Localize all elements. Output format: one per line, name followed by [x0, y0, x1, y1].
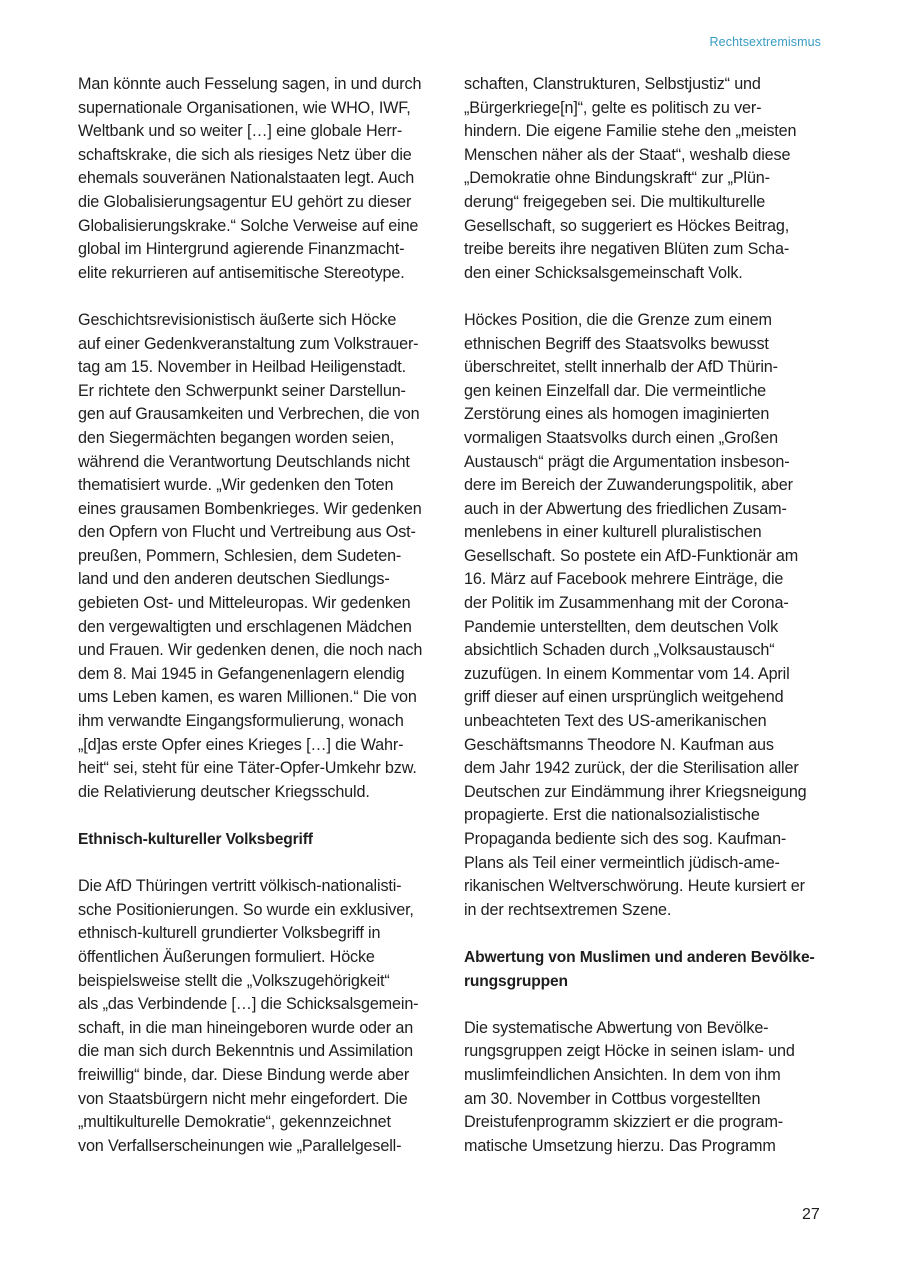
paragraph-gap	[78, 852, 450, 876]
text-line: den einer Schicksalsgemeinschaft Volk.	[464, 262, 836, 286]
text-line: den Siegermächten begangen worden seien,	[78, 427, 450, 451]
text-line: am 30. November in Cottbus vorgestellten	[464, 1088, 836, 1112]
text-line: matische Umsetzung hierzu. Das Programm	[464, 1135, 836, 1159]
text-line: zuzufügen. In einem Kommentar vom 14. Ap…	[464, 663, 836, 687]
text-line: der Politik im Zusammenhang mit der Coro…	[464, 592, 836, 616]
text-line: Gesellschaft, so suggeriert es Höckes Be…	[464, 215, 836, 239]
text-line: Man könnte auch Fesselung sagen, in und …	[78, 73, 450, 97]
text-line: ihm verwandte Eingangsformulierung, wona…	[78, 710, 450, 734]
text-line: „multikulturelle Demokratie“, gekennzeic…	[78, 1111, 450, 1135]
text-line: überschreitet, stellt innerhalb der AfD …	[464, 356, 836, 380]
text-line: derung“ freigegeben sei. Die multikultur…	[464, 191, 836, 215]
text-line: Er richtete den Schwerpunkt seiner Darst…	[78, 380, 450, 404]
text-line: preußen, Pommern, Schlesien, dem Sudeten…	[78, 545, 450, 569]
paragraph-historical-revisionism: Geschichtsrevisionistisch äußerte sich H…	[78, 309, 450, 804]
text-line: die Globalisierungsagentur EU gehört zu …	[78, 191, 450, 215]
paragraph-gap	[78, 804, 450, 828]
text-line: supernationale Organisationen, wie WHO, …	[78, 97, 450, 121]
text-line: und Frauen. Wir gedenken denen, die noch…	[78, 639, 450, 663]
text-line: sche Positionierungen. So wurde ein exkl…	[78, 899, 450, 923]
text-line: beispielsweise stellt die „Volkszugehöri…	[78, 970, 450, 994]
paragraph-great-replacement: Höckes Position, die die Grenze zum eine…	[464, 309, 836, 922]
text-line: den Opfern von Flucht und Vertreibung au…	[78, 521, 450, 545]
paragraph-gap	[78, 285, 450, 309]
text-line: Menschen näher als der Staat“, weshalb d…	[464, 144, 836, 168]
text-line: Höckes Position, die die Grenze zum eine…	[464, 309, 836, 333]
text-line: Austausch“ prägt die Argumentation insbe…	[464, 451, 836, 475]
text-line: muslimfeindlichen Ansichten. In dem von …	[464, 1064, 836, 1088]
text-line: Die AfD Thüringen vertritt völkisch-nati…	[78, 875, 450, 899]
text-line: Gesellschaft. So postete ein AfD-Funktio…	[464, 545, 836, 569]
text-line: dem 8. Mai 1945 in Gefangenenlagern elen…	[78, 663, 450, 687]
text-line: elite rekurrieren auf antisemitische Ste…	[78, 262, 450, 286]
text-line: Geschäftsmanns Theodore N. Kaufman aus	[464, 734, 836, 758]
text-line: als „das Verbindende […] die Schicksalsg…	[78, 993, 450, 1017]
text-line: von Staatsbürgern nicht mehr eingeforder…	[78, 1088, 450, 1112]
heading-text: Abwertung von Muslimen und anderen Bevöl…	[464, 946, 836, 970]
text-line: in der rechtsextremen Szene.	[464, 899, 836, 923]
text-line: Geschichtsrevisionistisch äußerte sich H…	[78, 309, 450, 333]
paragraph-multicultural-society: schaften, Clanstrukturen, Selbstjustiz“ …	[464, 73, 836, 285]
text-line: Plans als Teil einer vermeintlich jüdisc…	[464, 852, 836, 876]
text-line: freiwillig“ binde, dar. Diese Bindung we…	[78, 1064, 450, 1088]
heading-text: Ethnisch-kultureller Volksbegriff	[78, 828, 450, 852]
paragraph-quote-globalization: Man könnte auch Fesselung sagen, in und …	[78, 73, 450, 285]
text-line: menlebens in einer kulturell pluralistis…	[464, 521, 836, 545]
text-line: Weltbank und so weiter […] eine globale …	[78, 120, 450, 144]
text-line: land und den anderen deutschen Siedlungs…	[78, 568, 450, 592]
text-line: heit“ sei, steht für eine Täter-Opfer-Um…	[78, 757, 450, 781]
text-line: thematisiert wurde. „Wir gedenken den To…	[78, 474, 450, 498]
text-line: die man sich durch Bekenntnis und Assimi…	[78, 1040, 450, 1064]
running-header-title: Rechtsextremismus	[710, 35, 821, 49]
text-line: gebieten Ost- und Mitteleuropas. Wir ged…	[78, 592, 450, 616]
heading-text: rungsgruppen	[464, 970, 836, 994]
section-heading-devaluation: Abwertung von Muslimen und anderen Bevöl…	[464, 946, 836, 993]
text-line: „Demokratie ohne Bindungskraft“ zur „Plü…	[464, 167, 836, 191]
text-line: während die Verantwortung Deutschlands n…	[78, 451, 450, 475]
text-line: „Bürgerkriege[n]“, gelte es politisch zu…	[464, 97, 836, 121]
text-line: rikanischen Weltverschwörung. Heute kurs…	[464, 875, 836, 899]
text-line: ehemals souveränen Nationalstaaten legt.…	[78, 167, 450, 191]
text-line: öffentlichen Äußerungen formuliert. Höck…	[78, 946, 450, 970]
right-column: schaften, Clanstrukturen, Selbstjustiz“ …	[464, 73, 836, 1158]
text-line: propagierte. Erst die nationalsozialisti…	[464, 804, 836, 828]
paragraph-gap	[464, 922, 836, 946]
text-line: ums Leben kamen, es waren Millionen.“ Di…	[78, 686, 450, 710]
text-line: tag am 15. November in Heilbad Heiligens…	[78, 356, 450, 380]
text-line: von Verfallserscheinungen wie „Parallelg…	[78, 1135, 450, 1159]
text-line: hindern. Die eigene Familie stehe den „m…	[464, 120, 836, 144]
text-line: Die systematische Abwertung von Bevölke-	[464, 1017, 836, 1041]
text-line: ethnisch-kulturell grundierter Volksbegr…	[78, 922, 450, 946]
text-line: vormaligen Staatsvolks durch einen „Groß…	[464, 427, 836, 451]
text-line: treibe bereits ihre negativen Blüten zum…	[464, 238, 836, 262]
text-line: ethnischen Begriff des Staatsvolks bewus…	[464, 333, 836, 357]
text-line: dem Jahr 1942 zurück, der die Sterilisat…	[464, 757, 836, 781]
text-line: Pandemie unterstellten, dem deutschen Vo…	[464, 616, 836, 640]
text-line: 16. März auf Facebook mehrere Einträge, …	[464, 568, 836, 592]
text-line: „[d]as erste Opfer eines Krieges […] die…	[78, 734, 450, 758]
section-heading-ethnic-concept: Ethnisch-kultureller Volksbegriff	[78, 828, 450, 852]
text-line: Dreistufenprogramm skizziert er die prog…	[464, 1111, 836, 1135]
left-column: Man könnte auch Fesselung sagen, in und …	[78, 73, 450, 1158]
text-line: auf einer Gedenkveranstaltung zum Volkst…	[78, 333, 450, 357]
text-line: den vergewaltigten und erschlagenen Mädc…	[78, 616, 450, 640]
paragraph-devaluation: Die systematische Abwertung von Bevölke-…	[464, 1017, 836, 1159]
text-line: schaften, Clanstrukturen, Selbstjustiz“ …	[464, 73, 836, 97]
text-line: rungsgruppen zeigt Höcke in seinen islam…	[464, 1040, 836, 1064]
text-line: gen keinen Einzelfall dar. Die vermeintl…	[464, 380, 836, 404]
text-line: Deutschen zur Eindämmung ihrer Kriegsnei…	[464, 781, 836, 805]
text-line: auch in der Abwertung des friedlichen Zu…	[464, 498, 836, 522]
text-line: Globalisierungskrake.“ Solche Verweise a…	[78, 215, 450, 239]
text-line: schaftskrake, die sich als riesiges Netz…	[78, 144, 450, 168]
text-line: die Relativierung deutscher Kriegsschuld…	[78, 781, 450, 805]
text-line: Zerstörung eines als homogen imaginierte…	[464, 403, 836, 427]
paragraph-ethnic-concept: Die AfD Thüringen vertritt völkisch-nati…	[78, 875, 450, 1158]
text-line: dere im Bereich der Zuwanderungspolitik,…	[464, 474, 836, 498]
paragraph-gap	[464, 993, 836, 1017]
text-line: schaft, in die man hineingeboren wurde o…	[78, 1017, 450, 1041]
text-line: eines grausamen Bombenkrieges. Wir geden…	[78, 498, 450, 522]
text-line: griff dieser auf einen ursprünglich weit…	[464, 686, 836, 710]
text-line: global im Hintergrund agierende Finanzma…	[78, 238, 450, 262]
text-line: Propaganda bediente sich des sog. Kaufma…	[464, 828, 836, 852]
text-line: unbeachteten Text des US-amerikanischen	[464, 710, 836, 734]
text-line: absichtlich Schaden durch „Volksaustausc…	[464, 639, 836, 663]
paragraph-gap	[464, 285, 836, 309]
text-line: gen auf Grausamkeiten und Verbrechen, di…	[78, 403, 450, 427]
page-number: 27	[802, 1206, 820, 1224]
